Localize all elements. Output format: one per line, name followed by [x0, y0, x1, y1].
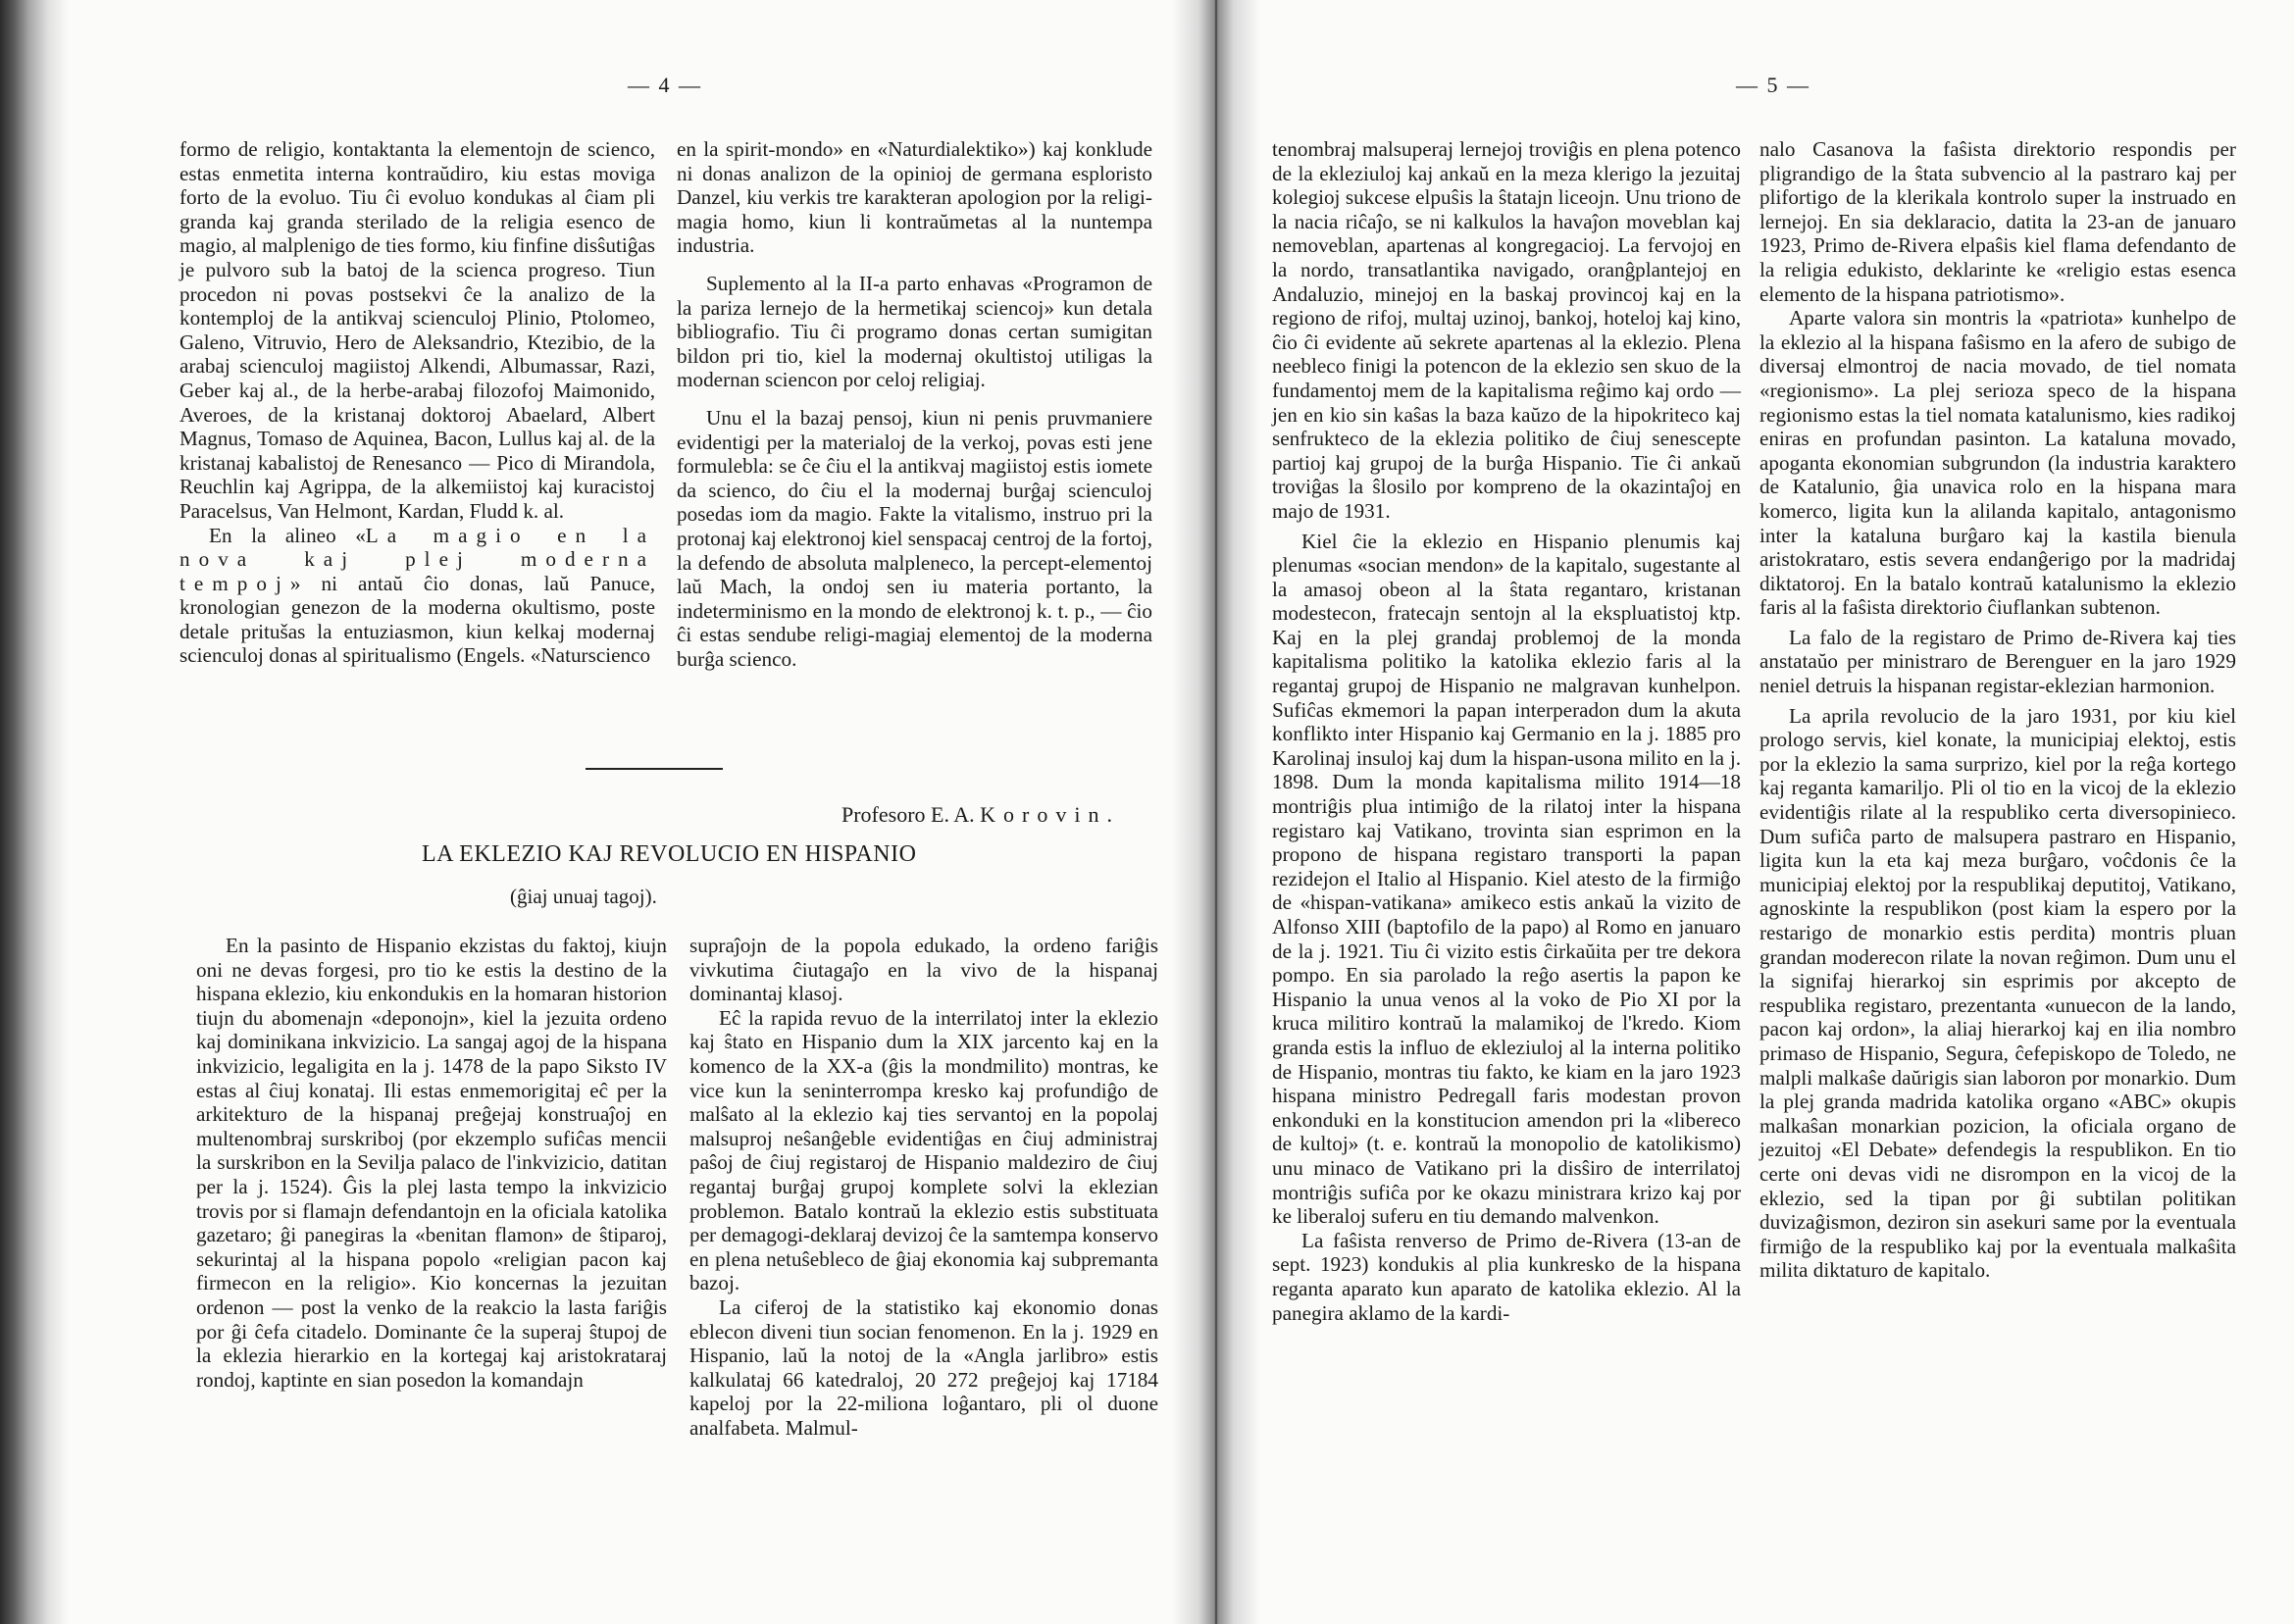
signature-prefix: Profesoro E. A. — [841, 802, 980, 827]
left-page-column-3: En la pasinto de Hispanio ekzistas du fa… — [196, 934, 667, 1392]
right-page-column-2: nalo Casanova la faŝista direktorio resp… — [1759, 137, 2236, 1283]
paragraph: tenombraj malsuperaj lernejoj troviĝis e… — [1272, 137, 1741, 524]
page-number-left: — 4 — — [628, 73, 702, 98]
paragraph: La faŝista renverso de Primo de-Rivera (… — [1272, 1229, 1741, 1325]
paragraph: La falo de la registaro de Primo de-Rive… — [1759, 626, 2236, 698]
paragraph: nalo Casanova la faŝista direktorio resp… — [1759, 137, 2236, 306]
text: En la alineo « — [209, 524, 366, 547]
left-page-column-2: en la spirit-mondo» en «Naturdialektiko»… — [677, 137, 1152, 671]
paragraph: en la spirit-mondo» en «Naturdialektiko»… — [677, 137, 1152, 258]
paragraph: Unu el la bazaj pensoj, kiun ni penis pr… — [677, 406, 1152, 672]
paragraph: En la pasinto de Hispanio ekzistas du fa… — [196, 934, 667, 1392]
page-edge-shadow — [0, 0, 69, 1624]
section-divider — [586, 768, 723, 770]
article-title: LA EKLEZIO KAJ REVOLUCIO EN HISPANIO — [422, 841, 916, 868]
paragraph: Aparte valora sin montris la «patriota» … — [1759, 306, 2236, 620]
paragraph: formo de religio, kontaktanta la element… — [179, 137, 655, 524]
right-page-column-1: tenombraj malsuperaj lernejoj troviĝis e… — [1272, 137, 1741, 1325]
paragraph: Kiel ĉie la eklezio en Hispanio plenumis… — [1272, 530, 1741, 1229]
signature-name: Korovin. — [980, 802, 1120, 827]
paragraph: Eĉ la rapida revuo de la interrilatoj in… — [689, 1006, 1158, 1295]
paragraph: La aprila revolucio de la jaro 1931, por… — [1759, 704, 2236, 1283]
left-page-column-4: supraĵojn de la popola edukado, la orden… — [689, 934, 1158, 1440]
left-page-column-1: formo de religio, kontaktanta la element… — [179, 137, 655, 668]
book-spread: — 4 — — 5 — formo de religio, kontaktant… — [0, 0, 2294, 1624]
paragraph: La ciferoj de la statistiko kaj ekonomio… — [689, 1295, 1158, 1441]
paragraph: Suplemento al la II-a parto enhavas «Pro… — [677, 272, 1152, 392]
book-gutter — [1172, 0, 1260, 1624]
article-subtitle: (ĝiaj unuaj tagoj). — [510, 885, 657, 909]
paragraph: En la alineo «La magio en la nova kaj pl… — [179, 524, 655, 669]
page-number-right: — 5 — — [1736, 73, 1810, 98]
paragraph: supraĵojn de la popola edukado, la orden… — [689, 934, 1158, 1006]
author-signature: Profesoro E. A. Korovin. — [841, 802, 1120, 828]
